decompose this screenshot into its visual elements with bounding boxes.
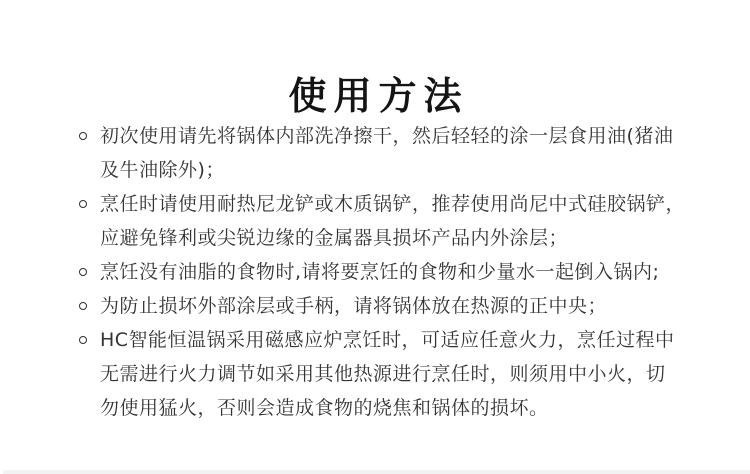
instruction-item: 为防止损坏外部涂层或手柄，请将锅体放在热源的正中央；: [79, 289, 670, 323]
instruction-text-line: 烹任时请使用耐热尼龙铲或木质锅铲，推荐使用尚尼中式硅胶锅铲，: [100, 187, 670, 221]
instruction-item: 烹任时请使用耐热尼龙铲或木质锅铲，推荐使用尚尼中式硅胶锅铲， 应避免锋利或尖锐边…: [79, 187, 670, 255]
instruction-text-line: 无需进行火力调节如采用其他热源进行烹任时，则须用中小火，切: [100, 357, 670, 391]
instruction-text-line: HC智能恒温锅采用磁感应炉烹饪时，可适应任意火力，烹任过程中: [100, 323, 670, 357]
instruction-text-line: 应避免锋利或尖锐边缘的金属器具损坏产品内外涂层；: [100, 221, 670, 255]
instructions-list: 初次使用请先将锅体内部洗净擦干，然后轻轻的涂一层食用油(猪油 及牛油除外)； 烹…: [79, 119, 670, 425]
circle-bullet-icon: [79, 302, 87, 310]
instruction-text-line: 勿使用猛火，否则会造成食物的烧焦和锅体的损坏。: [100, 391, 670, 425]
instruction-text-line: 初次使用请先将锅体内部洗净擦干，然后轻轻的涂一层食用油(猪油: [100, 119, 670, 153]
instruction-item: 初次使用请先将锅体内部洗净擦干，然后轻轻的涂一层食用油(猪油 及牛油除外)；: [79, 119, 670, 187]
instruction-item: HC智能恒温锅采用磁感应炉烹饪时，可适应任意火力，烹任过程中 无需进行火力调节如…: [79, 323, 670, 425]
circle-bullet-icon: [79, 132, 87, 140]
circle-bullet-icon: [79, 268, 87, 276]
circle-bullet-icon: [79, 336, 87, 344]
instruction-item: 烹饪没有油脂的食物时,请将要烹饪的食物和少量水一起倒入锅内;: [79, 255, 670, 289]
next-section-top-edge: [3, 470, 750, 474]
instruction-text-line: 烹饪没有油脂的食物时,请将要烹饪的食物和少量水一起倒入锅内;: [100, 255, 670, 289]
instruction-text-line: 为防止损坏外部涂层或手柄，请将锅体放在热源的正中央；: [100, 289, 670, 323]
page-title: 使用方法: [0, 74, 750, 118]
instruction-text-line: 及牛油除外)；: [100, 153, 670, 187]
circle-bullet-icon: [79, 200, 87, 208]
usage-instructions-page: 使用方法 初次使用请先将锅体内部洗净擦干，然后轻轻的涂一层食用油(猪油 及牛油除…: [0, 0, 750, 474]
